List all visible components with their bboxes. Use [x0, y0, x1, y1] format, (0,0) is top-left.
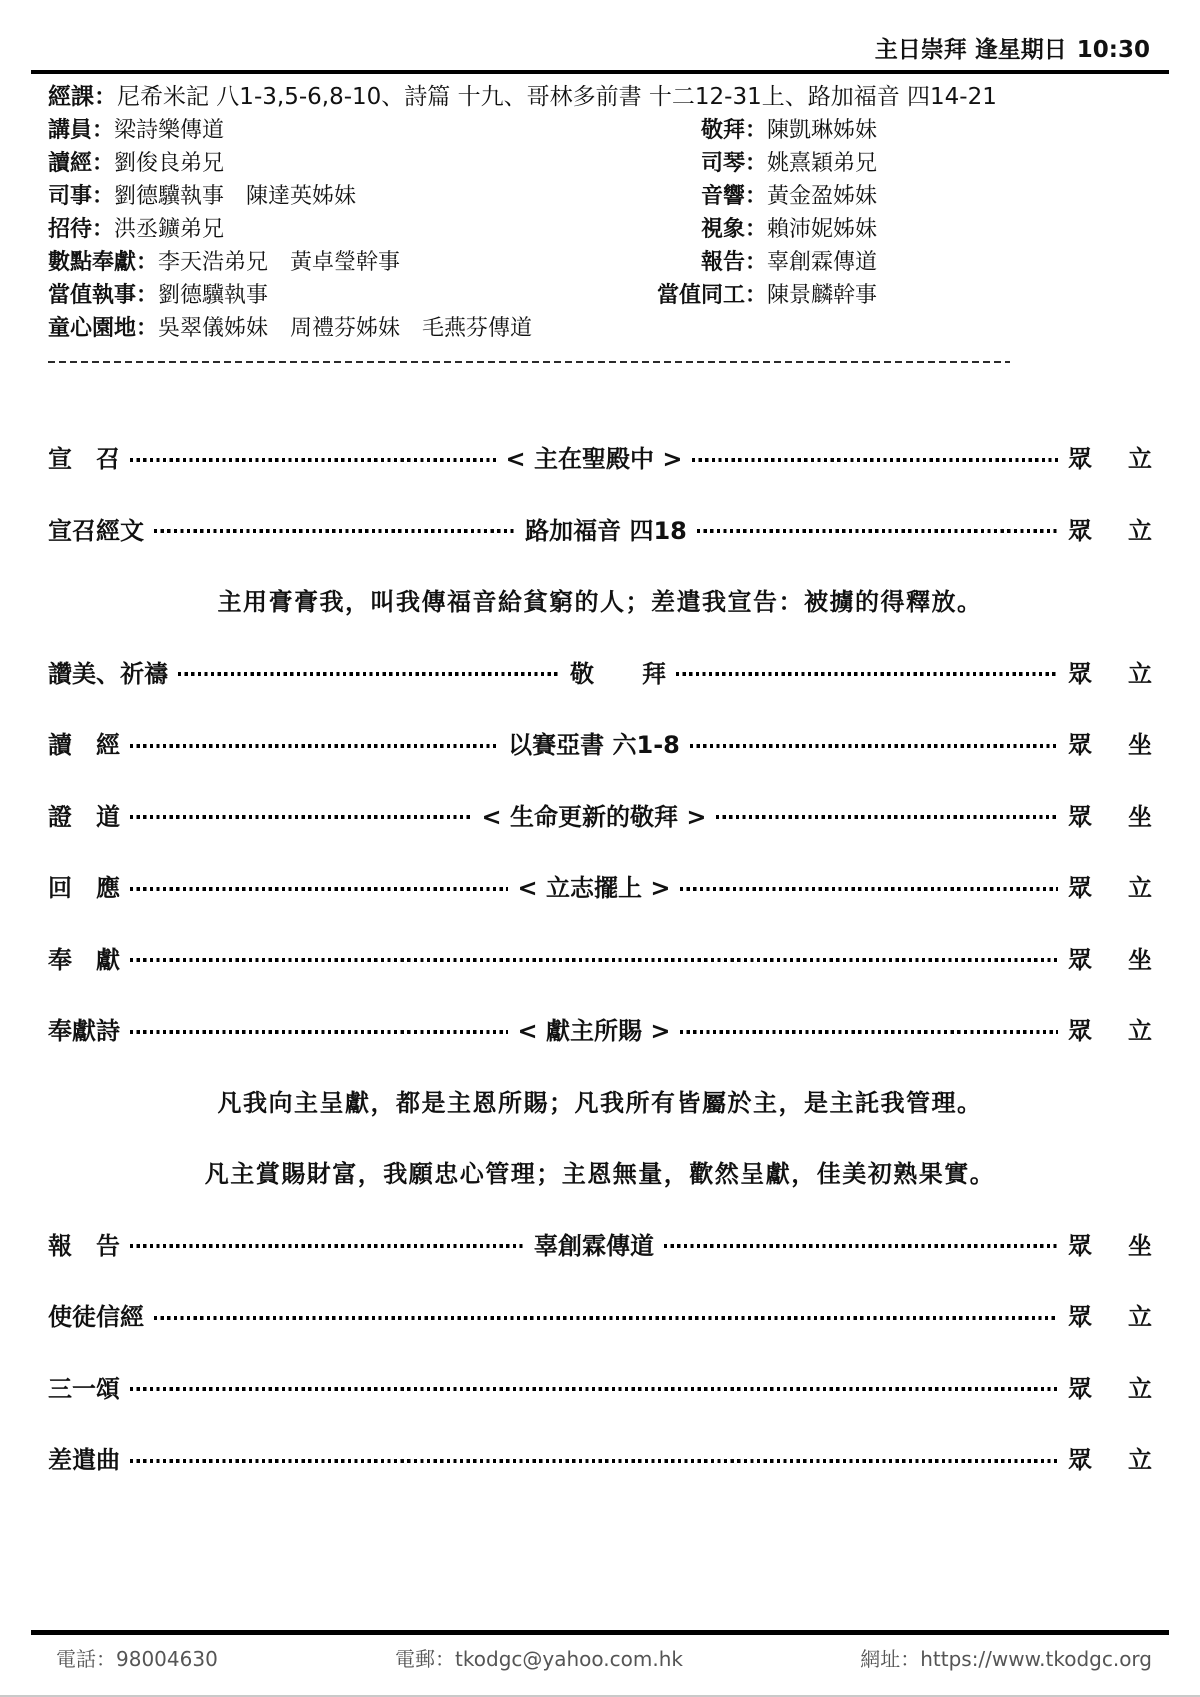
verse-text: 凡我向主呈獻，都是主恩所賜；凡我所有皆屬於主，是主託我管理。	[218, 1083, 983, 1118]
scripture-verse: 主用膏膏我，叫我傳福音給貧窮的人；差遣我宣告：被擄的得釋放。	[48, 564, 1152, 636]
posture-label: 立	[1128, 1011, 1152, 1046]
role-value: 陳景麟幹事	[767, 279, 877, 312]
dotted-leader	[130, 1459, 1058, 1463]
role-row: 當值執事：劉德驥執事	[48, 279, 655, 312]
service-time: 10:30	[1077, 37, 1150, 63]
posture-label: 坐	[1128, 1226, 1152, 1261]
who-label: 眾	[1068, 797, 1092, 832]
lessons-label: 經課：	[48, 84, 117, 110]
order-item-sermon: 證 道 < 生命更新的敬拜 > 眾坐	[48, 779, 1152, 851]
worship-bulletin-page: 主日崇拜 逢星期日10:30 經課：尼希米記 八1-3,5-6,8-10、詩篇 …	[0, 0, 1200, 1697]
role-label: 數點奉獻：	[48, 246, 158, 279]
dotted-leader	[130, 815, 472, 819]
role-label: 當值執事：	[48, 279, 158, 312]
dotted-leader	[130, 1387, 1058, 1391]
congregation-posture: 眾立	[1068, 439, 1152, 474]
role-label: 招待：	[48, 213, 114, 246]
order-item-offering-hymn: 奉獻詩 < 獻主所賜 > 眾立	[48, 993, 1152, 1065]
order-item-apostles-creed: 使徒信經 眾立	[48, 1279, 1152, 1351]
who-label: 眾	[1068, 868, 1092, 903]
verse-text: 凡主賞賜財富，我願忠心管理；主恩無量，歡然呈獻，佳美初熟果實。	[205, 1154, 996, 1189]
role-value: 劉德驥執事	[158, 279, 268, 312]
who-label: 眾	[1068, 1297, 1092, 1332]
role-value: 賴沛妮姊妹	[767, 213, 877, 246]
order-item-name: 三一頌	[48, 1369, 120, 1404]
order-item-center: 以賽亞書 六1-8	[508, 725, 680, 760]
role-value: 辜創霖傳道	[767, 246, 877, 279]
congregation-posture: 眾坐	[1068, 940, 1152, 975]
service-title: 主日崇拜 逢星期日	[875, 37, 1067, 63]
order-of-service: 宣 召 < 主在聖殿中 > 眾立 宣召經文 路加福音 四18 眾立 主用膏膏我，…	[48, 421, 1152, 1494]
dotted-leader	[130, 1030, 508, 1034]
posture-label: 立	[1128, 654, 1152, 689]
dotted-leader	[664, 1244, 1058, 1248]
congregation-posture: 眾坐	[1068, 1226, 1152, 1261]
role-row: 音響：黃金盈姊妹	[655, 180, 1152, 213]
page-header: 主日崇拜 逢星期日10:30	[0, 0, 1200, 70]
order-item-call-to-worship: 宣 召 < 主在聖殿中 > 眾立	[48, 421, 1152, 493]
dotted-leader	[697, 529, 1058, 533]
order-item-name: 使徒信經	[48, 1297, 144, 1332]
congregation-posture: 眾立	[1068, 1440, 1152, 1475]
order-item-center: < 獻主所賜 >	[518, 1011, 671, 1046]
order-item-call-scripture: 宣召經文 路加福音 四18 眾立	[48, 493, 1152, 565]
order-item-center: < 立志擺上 >	[518, 868, 671, 903]
dotted-leader	[154, 1316, 1058, 1320]
role-row: 司事：劉德驥執事 陳達英姊妹	[48, 180, 655, 213]
role-row: 報告：辜創霖傳道	[655, 246, 1152, 279]
role-row: 數點奉獻：李天浩弟兄 黃卓瑩幹事	[48, 246, 655, 279]
role-row: 司琴：姚熹穎弟兄	[655, 147, 1152, 180]
role-label: 當值同工：	[655, 279, 767, 312]
who-label: 眾	[1068, 1011, 1092, 1046]
role-value: 劉俊良弟兄	[114, 147, 224, 180]
order-item-name: 奉獻詩	[48, 1011, 120, 1046]
who-label: 眾	[1068, 940, 1092, 975]
offering-verse-1: 凡我向主呈獻，都是主恩所賜；凡我所有皆屬於主，是主託我管理。	[48, 1065, 1152, 1137]
order-item-center: < 生命更新的敬拜 >	[482, 797, 707, 832]
dotted-leader	[178, 672, 560, 676]
order-item-doxology: 三一頌 眾立	[48, 1351, 1152, 1423]
role-label: 音響：	[655, 180, 767, 213]
congregation-posture: 眾立	[1068, 654, 1152, 689]
roles-left-column: 講員：梁詩樂傳道 讀經：劉俊良弟兄 司事：劉德驥執事 陳達英姊妹 招待：洪丞鑛弟…	[48, 114, 655, 345]
order-item-center: 敬 拜	[570, 654, 666, 689]
dotted-leader	[676, 672, 1058, 676]
posture-label: 立	[1128, 1440, 1152, 1475]
roles-right-column: 敬拜：陳凱琳姊妹 司琴：姚熹穎弟兄 音響：黃金盈姊妹 視象：賴沛妮姊妹 報告：辜…	[655, 114, 1152, 345]
order-item-scripture-reading: 讀 經 以賽亞書 六1-8 眾坐	[48, 707, 1152, 779]
role-label: 報告：	[655, 246, 767, 279]
role-label: 司事：	[48, 180, 114, 213]
dotted-leader	[154, 529, 515, 533]
order-item-name: 差遣曲	[48, 1440, 120, 1475]
congregation-posture: 眾立	[1068, 1297, 1152, 1332]
service-roles: 講員：梁詩樂傳道 讀經：劉俊良弟兄 司事：劉德驥執事 陳達英姊妹 招待：洪丞鑛弟…	[48, 114, 1152, 345]
dotted-leader	[690, 744, 1058, 748]
header-rule	[31, 70, 1169, 74]
congregation-posture: 眾坐	[1068, 797, 1152, 832]
role-row: 讀經：劉俊良弟兄	[48, 147, 655, 180]
order-item-name: 宣召經文	[48, 511, 144, 546]
dotted-leader	[130, 958, 1058, 962]
role-row: 視象：賴沛妮姊妹	[655, 213, 1152, 246]
posture-label: 坐	[1128, 797, 1152, 832]
order-item-announcements: 報 告 辜創霖傳道 眾坐	[48, 1208, 1152, 1280]
phone-label: 電話：	[56, 1647, 116, 1671]
order-item-name: 回 應	[48, 868, 120, 903]
offering-verse-2: 凡主賞賜財富，我願忠心管理；主恩無量，歡然呈獻，佳美初熟果實。	[48, 1136, 1152, 1208]
dotted-leader	[130, 887, 508, 891]
order-item-praise-prayer: 讚美、祈禱 敬 拜 眾立	[48, 636, 1152, 708]
posture-label: 立	[1128, 1297, 1152, 1332]
role-label: 司琴：	[655, 147, 767, 180]
email-value: tkodgc@yahoo.com.hk	[455, 1647, 683, 1671]
dotted-leader	[680, 887, 1058, 891]
verse-text: 主用膏膏我，叫我傳福音給貧窮的人；差遣我宣告：被擄的得釋放。	[218, 582, 983, 617]
dotted-leader	[130, 744, 498, 748]
order-item-sending-song: 差遣曲 眾立	[48, 1422, 1152, 1494]
order-item-name: 報 告	[48, 1226, 120, 1261]
footer-email: 電郵：tkodgc@yahoo.com.hk	[395, 1646, 683, 1672]
posture-label: 立	[1128, 511, 1152, 546]
order-item-name: 宣 召	[48, 439, 120, 474]
dotted-leader	[680, 1030, 1058, 1034]
role-label: 童心園地：	[48, 312, 158, 345]
who-label: 眾	[1068, 654, 1092, 689]
congregation-posture: 眾坐	[1068, 725, 1152, 760]
order-item-center: 辜創霖傳道	[534, 1226, 654, 1261]
role-value: 洪丞鑛弟兄	[114, 213, 224, 246]
posture-label: 立	[1128, 868, 1152, 903]
who-label: 眾	[1068, 1226, 1092, 1261]
role-value: 吳翠儀姊妹 周禮芬姊妹 毛燕芬傳道	[158, 312, 532, 345]
order-item-response: 回 應 < 立志擺上 > 眾立	[48, 850, 1152, 922]
order-item-center: < 主在聖殿中 >	[506, 439, 683, 474]
role-row: 敬拜：陳凱琳姊妹	[655, 114, 1152, 147]
order-item-name: 讚美、祈禱	[48, 654, 168, 689]
email-label: 電郵：	[395, 1647, 455, 1671]
website-label: 網址：	[860, 1647, 920, 1671]
order-item-name: 讀 經	[48, 725, 120, 760]
dotted-leader	[130, 1244, 524, 1248]
order-item-name: 奉 獻	[48, 940, 120, 975]
role-value: 姚熹穎弟兄	[767, 147, 877, 180]
congregation-posture: 眾立	[1068, 1011, 1152, 1046]
role-row: 招待：洪丞鑛弟兄	[48, 213, 655, 246]
dotted-leader	[130, 458, 496, 462]
who-label: 眾	[1068, 1369, 1092, 1404]
role-value: 李天浩弟兄 黃卓瑩幹事	[158, 246, 400, 279]
role-label: 視象：	[655, 213, 767, 246]
dotted-leader	[692, 458, 1058, 462]
posture-label: 坐	[1128, 725, 1152, 760]
who-label: 眾	[1068, 511, 1092, 546]
role-value: 劉德驥執事 陳達英姊妹	[114, 180, 356, 213]
congregation-posture: 眾立	[1068, 511, 1152, 546]
role-label: 敬拜：	[655, 114, 767, 147]
role-value: 陳凱琳姊妹	[767, 114, 877, 147]
website-value: https://www.tkodgc.org	[920, 1647, 1152, 1671]
role-row: 當值同工：陳景麟幹事	[655, 279, 1152, 312]
lessons-text: 尼希米記 八1-3,5-6,8-10、詩篇 十九、哥林多前書 十二12-31上、…	[117, 84, 997, 110]
page-footer: 電話：98004630 電郵：tkodgc@yahoo.com.hk 網址：ht…	[0, 1635, 1200, 1672]
order-item-offering: 奉 獻 眾坐	[48, 922, 1152, 994]
posture-label: 坐	[1128, 940, 1152, 975]
congregation-posture: 眾立	[1068, 868, 1152, 903]
who-label: 眾	[1068, 725, 1092, 760]
role-label: 讀經：	[48, 147, 114, 180]
footer-website: 網址：https://www.tkodgc.org	[860, 1646, 1152, 1672]
order-item-name: 證 道	[48, 797, 120, 832]
role-value: 黃金盈姊妹	[767, 180, 877, 213]
dashed-separator	[48, 361, 1010, 363]
role-row: 童心園地：吳翠儀姊妹 周禮芬姊妹 毛燕芬傳道	[48, 312, 655, 345]
posture-label: 立	[1128, 1369, 1152, 1404]
who-label: 眾	[1068, 1440, 1092, 1475]
who-label: 眾	[1068, 439, 1092, 474]
role-row: 講員：梁詩樂傳道	[48, 114, 655, 147]
role-value: 梁詩樂傳道	[114, 114, 224, 147]
scripture-lessons-line: 經課：尼希米記 八1-3,5-6,8-10、詩篇 十九、哥林多前書 十二12-3…	[48, 82, 1152, 112]
dotted-leader	[716, 815, 1058, 819]
phone-value: 98004630	[116, 1647, 218, 1671]
role-label: 講員：	[48, 114, 114, 147]
footer-phone: 電話：98004630	[56, 1646, 218, 1672]
posture-label: 立	[1128, 439, 1152, 474]
congregation-posture: 眾立	[1068, 1369, 1152, 1404]
order-item-center: 路加福音 四18	[525, 511, 687, 546]
